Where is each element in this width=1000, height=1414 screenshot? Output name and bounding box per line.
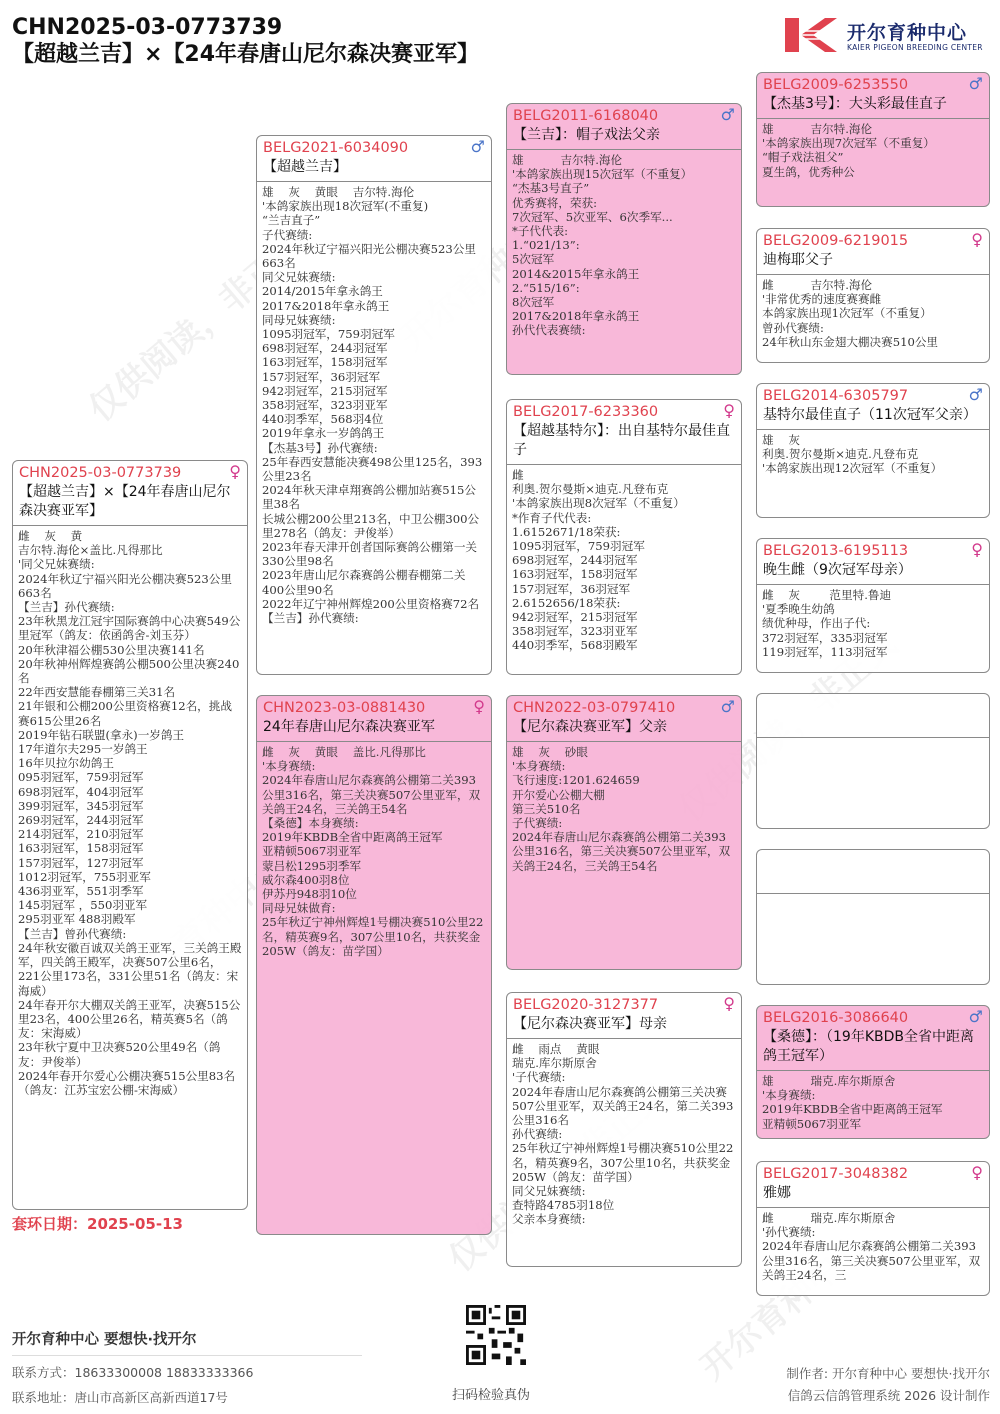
card-header: BELG2014-6305797 ♂ 基特尔最佳直子（11次冠军父亲） (757, 384, 989, 430)
male-icon: ♂ (969, 386, 983, 404)
footer-slogan: 开尔育种中心 要想快·找开尔 (12, 1328, 362, 1356)
card-header: CHN2025-03-0773739 ♀ 【超越兰吉】×【24年春唐山尼尔森决赛… (13, 461, 247, 526)
pigeon-card-dds: BELG2016-3086640 ♂ 【桑德】：（19年KBDB全省中距离鸽王冠… (756, 1005, 990, 1139)
pigeon-card-sds: BELG2014-6305797 ♂ 基特尔最佳直子（11次冠军父亲） 雄 灰 … (756, 383, 990, 518)
pigeon-name: 【尼尔森决赛亚军】母亲 (513, 1015, 735, 1034)
title-ring: CHN2025-03-0773739 (12, 14, 502, 41)
card-header: BELG2016-3086640 ♂ 【桑德】：（19年KBDB全省中距离鸽王冠… (757, 1006, 989, 1071)
pigeon-name: 晚生雌（9次冠军母亲） (763, 561, 983, 580)
pigeon-card-sire: BELG2021-6034090 ♂ 【超越兰吉】 雄 灰 黄眼 吉尔特.海伦 … (256, 135, 492, 675)
card-header: BELG2009-6219015 ♀ 迪梅耶父子 (757, 229, 989, 275)
card-header (757, 694, 989, 738)
pigeon-details: 雌 利奥.贺尔曼斯×迪克.凡登布克 '本鸽家族出现8次冠军（不重复） *作育子代… (507, 465, 741, 675)
pigeon-card-ssd: BELG2009-6219015 ♀ 迪梅耶父子 雌 吉尔特.海伦 '非常优秀的… (756, 228, 990, 363)
system-credit: 信鸽云信鸽管理系统 2026 设计制作 (786, 1385, 990, 1407)
pigeon-card-dsd-empty (756, 849, 990, 985)
ring-date: 套环日期：2025-05-13 (12, 1213, 183, 1234)
pigeon-details: 雌 吉尔特.海伦 '非常优秀的速度赛赛雌 本鸽家族出现1次冠军（不重复） 曾孙代… (757, 275, 989, 363)
pigeon-details: 雌 瑞克.库尔斯原舍 '孙代赛绩: 2024年春唐山尼尔森赛鸽公棚第二关393公… (757, 1208, 989, 1294)
pigeon-card-sss: BELG2009-6253550 ♂ 【杰基3号】：大头彩最佳直子 雄 吉尔特.… (756, 72, 990, 207)
ring-number: CHN2022-03-0797410 (513, 699, 735, 718)
qr-code-icon[interactable] (466, 1305, 526, 1365)
ring-number: CHN2023-03-0881430 (263, 699, 485, 718)
ring-number: BELG2020-3127377 (513, 996, 735, 1015)
pigeon-name: 【杰基3号】：大头彩最佳直子 (763, 95, 983, 114)
pigeon-name: 【超越兰吉】 (263, 158, 485, 177)
pigeon-name: 【兰吉】：帽子戏法父亲 (513, 126, 735, 145)
pigeon-name: 【桑德】：（19年KBDB全省中距离鸽王冠军） (763, 1028, 983, 1066)
pigeon-card-dam: CHN2023-03-0881430 ♀ 24年春唐山尼尔森决赛亚军 雌 灰 黄… (256, 695, 492, 1235)
female-icon: ♀ (229, 463, 241, 481)
card-header (757, 850, 989, 894)
pigeon-details: 雄 瑞克.库尔斯原舍 '本身赛绩: 2019年KBDB全省中距离鸽王冠军 亚精顿… (757, 1071, 989, 1139)
pigeon-details: 雄 灰 砂眼 '本身赛绩: 飞行速度:1201.624659 开尔爱心公棚大棚 … (507, 742, 741, 970)
maker-credit: 制作者: 开尔育种中心 要想快·找开尔 (786, 1363, 990, 1385)
contact-address: 联系地址：唐山市高新区高新西道17号 (12, 1388, 362, 1406)
logo-cn: 开尔育种中心 (847, 18, 967, 45)
male-icon: ♂ (721, 698, 735, 716)
pigeon-name: 【尼尔森决赛亚军】父亲 (513, 718, 735, 737)
pigeon-name: 24年春唐山尼尔森决赛亚军 (263, 718, 485, 737)
card-header: CHN2023-03-0881430 ♀ 24年春唐山尼尔森决赛亚军 (257, 696, 491, 742)
pigeon-card-dam-dam: BELG2020-3127377 ♀ 【尼尔森决赛亚军】母亲 雌 雨点 黄眼 瑞… (506, 992, 742, 1267)
contact-phone: 联系方式：18633300008 18833333366 (12, 1363, 362, 1381)
pigeon-name: 迪梅耶父子 (763, 251, 983, 270)
ring-number: BELG2017-6233360 (513, 403, 735, 422)
male-icon: ♂ (471, 138, 485, 156)
pigeon-name: 【超越兰吉】×【24年春唐山尼尔森决赛亚军】 (19, 483, 241, 521)
logo-en: KAIER PIGEON BREEDING CENTER (847, 43, 983, 52)
kaier-logo-icon (785, 18, 837, 52)
female-icon: ♀ (971, 1164, 983, 1182)
card-header: BELG2017-3048382 ♀ 雅娜 (757, 1162, 989, 1208)
female-icon: ♀ (473, 698, 485, 716)
title-name: 【超越兰吉】×【24年春唐山尼尔森决赛亚军】 (12, 41, 502, 68)
pigeon-name: 雅娜 (763, 1184, 983, 1203)
card-header: BELG2021-6034090 ♂ 【超越兰吉】 (257, 136, 491, 182)
ring-number: BELG2009-6219015 (763, 232, 983, 251)
pigeon-card-ddd: BELG2017-3048382 ♀ 雅娜 雌 瑞克.库尔斯原舍 '孙代赛绩: … (756, 1161, 990, 1296)
pigeon-card-subject: CHN2025-03-0773739 ♀ 【超越兰吉】×【24年春唐山尼尔森决赛… (12, 460, 248, 1210)
female-icon: ♀ (723, 402, 735, 420)
pigeon-details (757, 738, 989, 744)
qr-caption: 扫码检验真伪 (452, 1384, 530, 1403)
pigeon-details: 雄 吉尔特.海伦 '本鸽家族出现15次冠军（不重复） “杰基3号直子” 优秀赛将… (507, 150, 741, 375)
pigeon-details: 雌 灰 黄 吉尔特.海伦×盖比.凡得那比 '同父兄妹赛绩: 2024年秋辽宁福兴… (13, 526, 247, 1210)
pigeon-details (757, 894, 989, 900)
ring-number: BELG2014-6305797 (763, 387, 983, 406)
card-header: BELG2009-6253550 ♂ 【杰基3号】：大头彩最佳直子 (757, 73, 989, 119)
pigeon-name: 【超越基特尔】：出自基特尔最佳直子 (513, 422, 735, 460)
pigeon-name: 基特尔最佳直子（11次冠军父亲） (763, 406, 983, 425)
pigeon-details: 雌 灰 黄眼 盖比.凡得那比 '本身赛绩: 2024年春唐山尼尔森赛鸽公棚第二关… (257, 742, 491, 1235)
ring-number: BELG2009-6253550 (763, 76, 983, 95)
pigeon-details: 雄 灰 利奥.贺尔曼斯×迪克.凡登布克 '本鸽家族出现12次冠军（不重复） (757, 430, 989, 500)
ring-number: BELG2013-6195113 (763, 542, 983, 561)
male-icon: ♂ (969, 1008, 983, 1026)
female-icon: ♀ (971, 541, 983, 559)
ring-number: BELG2017-3048382 (763, 1165, 983, 1184)
male-icon: ♂ (969, 75, 983, 93)
pigeon-card-dam-sire: CHN2022-03-0797410 ♂ 【尼尔森决赛亚军】父亲 雄 灰 砂眼 … (506, 695, 742, 970)
card-header: CHN2022-03-0797410 ♂ 【尼尔森决赛亚军】父亲 (507, 696, 741, 742)
pigeon-card-sire-sire: BELG2011-6168040 ♂ 【兰吉】：帽子戏法父亲 雄 吉尔特.海伦 … (506, 103, 742, 375)
brand-logo: 开尔育种中心 KAIER PIGEON BREEDING CENTER (785, 16, 990, 56)
ring-number: BELG2016-3086640 (763, 1009, 983, 1028)
document-title: CHN2025-03-0773739 【超越兰吉】×【24年春唐山尼尔森决赛亚军… (12, 14, 502, 68)
pigeon-card-sdd: BELG2013-6195113 ♀ 晚生雌（9次冠军母亲） 雌 灰 范里特.鲁… (756, 538, 990, 673)
pigeon-card-sire-dam: BELG2017-6233360 ♀ 【超越基特尔】：出自基特尔最佳直子 雌 利… (506, 399, 742, 675)
card-header: BELG2011-6168040 ♂ 【兰吉】：帽子戏法父亲 (507, 104, 741, 150)
pigeon-details: 雄 灰 黄眼 吉尔特.海伦 '本鸽家族出现18次冠军(不重复) “兰吉直子” 子… (257, 182, 491, 675)
card-header: BELG2017-6233360 ♀ 【超越基特尔】：出自基特尔最佳直子 (507, 400, 741, 465)
ring-number: BELG2011-6168040 (513, 107, 735, 126)
pigeon-details: 雌 灰 范里特.鲁迪 '夏季晚生幼鸽 绩优种母，作出子代: 372羽冠军，335… (757, 585, 989, 671)
pigeon-card-dss-empty (756, 693, 990, 829)
card-header: BELG2013-6195113 ♀ 晚生雌（9次冠军母亲） (757, 539, 989, 585)
female-icon: ♀ (971, 231, 983, 249)
ring-number: BELG2021-6034090 (263, 139, 485, 158)
female-icon: ♀ (723, 995, 735, 1013)
footer-contact: 开尔育种中心 要想快·找开尔 联系方式：18633300008 18833333… (12, 1328, 362, 1406)
male-icon: ♂ (721, 106, 735, 124)
pigeon-details: 雄 吉尔特.海伦 '本鸽家族出现7次冠军（不重复） “帽子戏法祖父” 夏生鸽，优… (757, 119, 989, 207)
ring-number: CHN2025-03-0773739 (19, 464, 241, 483)
footer-credits: 制作者: 开尔育种中心 要想快·找开尔 信鸽云信鸽管理系统 2026 设计制作 (786, 1363, 990, 1407)
card-header: BELG2020-3127377 ♀ 【尼尔森决赛亚军】母亲 (507, 993, 741, 1039)
pigeon-details: 雌 雨点 黄眼 瑞克.库尔斯原舍 '子代赛绩: 2024年春唐山尼尔森赛鸽公棚第… (507, 1039, 741, 1267)
